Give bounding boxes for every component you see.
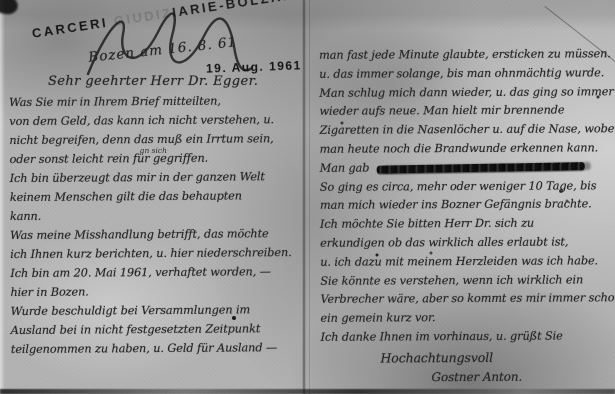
handwritten-line: keinem Menschen gilt die das behaupten — [10, 186, 304, 207]
letter-page-left: Was Sie mir in Ihrem Brief mitteilten,vo… — [9, 91, 305, 359]
handwritten-line: Verbrecher wäre, aber so kommt es mir im… — [320, 290, 612, 310]
handwritten-line: man mich wieder ins Bozner Gefängnis bra… — [320, 196, 612, 216]
handwritten-line: Was meine Misshandlung betrifft, das möc… — [10, 224, 304, 245]
fold-line-faint — [309, 0, 310, 394]
letter-page-right: man fast jede Minute glaubte, ersticken … — [319, 45, 613, 387]
right-page-top-lines: man fast jede Minute glaubte, ersticken … — [319, 45, 612, 159]
scan-bottom-shadow — [0, 389, 615, 394]
handwritten-line: Was Sie mir in Ihrem Brief mitteilten, — [9, 91, 303, 112]
handwritten-line: man fast jede Minute glaubte, ersticken … — [319, 45, 611, 65]
letter-scan: CARCERI GIUDIZIARIE-BOLZANO Bozen am 16.… — [0, 0, 615, 394]
handwritten-line: wieder aufs neue. Man hielt mir brennend… — [319, 102, 611, 122]
handwritten-line: Wurde beschuldigt bei Versammlungen im — [11, 300, 305, 321]
handwritten-line: u. ich dazu mit meinem Herzleiden was ic… — [320, 252, 612, 272]
redaction-scribble — [376, 162, 584, 174]
ink-specks — [0, 0, 2, 2]
signature: Gostner Anton. — [321, 367, 613, 387]
handwritten-line: ein gemein kurz vor. — [320, 308, 612, 328]
redacted-line: Man gab — [320, 158, 612, 178]
scan-edge — [0, 0, 5, 394]
handwritten-line: von dem Geld, das kann ich nicht versteh… — [9, 110, 303, 131]
handwritten-line: Ich bin überzeugt das mir in der ganzen … — [10, 167, 304, 188]
handwritten-line: Man schlug mich dann wieder, u. das ging… — [319, 83, 611, 103]
handwritten-line: ich Ihnen kurz berichten, u. hier nieder… — [10, 243, 304, 264]
handwritten-line: kann. — [10, 205, 304, 226]
handwritten-line: So ging es circa, mehr oder weniger 10 T… — [320, 177, 612, 197]
closing-formula: Hochachtungsvoll — [321, 348, 613, 368]
handwritten-line: Ich danke Ihnen im vorhinaus, u. grüßt S… — [321, 327, 613, 347]
inserted-word: an sich — [140, 146, 167, 155]
handwritten-line: erkundigen ob das wirklich alles erlaubt… — [320, 233, 612, 253]
redaction-prefix: Man gab — [320, 161, 370, 174]
handwritten-line: Ich bin am 20. Mai 1961, verhaftet worde… — [10, 262, 304, 283]
handwritten-line: Sie könnte es verstehen, wenn ich wirkli… — [320, 271, 612, 291]
handwritten-line: teilgenommen zu haben, u. Geld für Ausla… — [11, 338, 305, 359]
handwritten-line: Zigaretten in die Nasenlöcher u. auf die… — [320, 120, 612, 140]
handwritten-line: Ausland bei in nicht festgesetzten Zeitp… — [11, 319, 305, 340]
handwritten-line: Ich möchte Sie bitten Herr Dr. sich zu — [320, 214, 612, 234]
salutation: Sehr geehrter Herr Dr. Egger. — [48, 74, 258, 89]
handwritten-line: hier in Bozen. — [10, 281, 304, 302]
right-page-bottom-lines: So ging es circa, mehr oder weniger 10 T… — [320, 177, 613, 348]
handwritten-line: man heute noch die Brandwunde erkennen k… — [320, 139, 612, 159]
handwritten-line: u. das immer solange, bis man ohnmächtig… — [319, 64, 611, 84]
